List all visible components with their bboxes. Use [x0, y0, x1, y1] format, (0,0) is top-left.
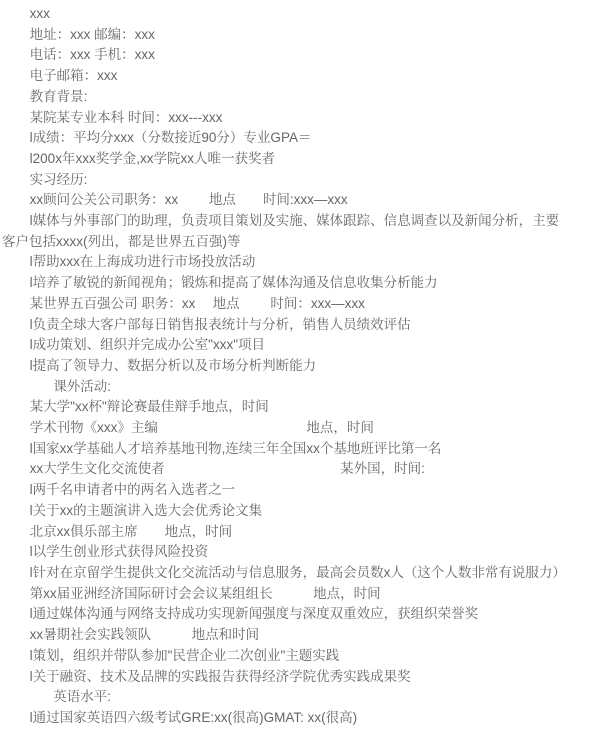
resume-document: xxx地址：xxx 邮编：xxx电话：xxx 手机：xxx电子邮箱：xxx教育背…: [0, 0, 609, 748]
text-line: 某大学"xx杯"辩论赛最佳辩手地点，时间: [2, 397, 569, 418]
text-line: l帮助xxx在上海成功进行市场投放活动: [2, 252, 569, 273]
text-line: l负责全球大客户部每日销售报表统计与分析，销售人员绩效评估: [2, 315, 569, 336]
text-line: 某世界五百强公司 职务：xx 地点 时间：xxx—xxx: [2, 294, 569, 315]
text-line: 地址：xxx 邮编：xxx: [2, 25, 569, 46]
text-line: l关于xx的主题演讲入选大会优秀论文集: [2, 501, 569, 522]
text-line: l培养了敏锐的新闻视角；锻炼和提高了媒体沟通及信息收集分析能力: [2, 273, 569, 294]
text-line: 教育背景:: [2, 87, 569, 108]
text-line: xx暑期社会实践领队 地点和时间: [2, 625, 569, 646]
text-line: 实习经历:: [2, 170, 569, 191]
text-line: xx顾问公关公司职务：xx 地点 时间:xxx—xxx: [2, 190, 569, 211]
text-line: xxx: [2, 4, 569, 25]
text-line: 第xx届亚洲经济国际研讨会会议某组组长 地点，时间: [2, 584, 569, 605]
text-line: l以学生创业形式获得风险投资: [2, 542, 569, 563]
text-line: 学术刊物《xxx》主编 地点，时间: [2, 418, 569, 439]
section-heading: 英语水平:: [2, 687, 569, 708]
text-line: l国家xx学基础人才培养基地刊物,连续三年全国xx个基地班评比第一名: [2, 439, 569, 460]
text-line: l通过媒体沟通与网络支持成功实现新闻强度与深度双重效应，获组织荣誉奖: [2, 604, 569, 625]
text-line: l针对在京留学生提供文化交流活动与信息服务，最高会员数x人（这个人数非常有说服力…: [2, 563, 569, 584]
text-line: 电话：xxx 手机：xxx: [2, 45, 569, 66]
section-heading: 课外活动:: [2, 377, 569, 398]
text-line: 电子邮箱：xxx: [2, 66, 569, 87]
text-line: l通过国家英语四六级考试GRE:xx(很高)GMAT: xx(很高): [2, 708, 569, 729]
text-line: l提高了领导力、数据分析以及市场分析判断能力: [2, 356, 569, 377]
text-line: 北京xx俱乐部主席 地点，时间: [2, 522, 569, 543]
text-line: 某院某专业本科 时间：xxx---xxx: [2, 108, 569, 129]
text-line: l200x年xxx奖学金,xx学院xx人唯一获奖者: [2, 149, 569, 170]
text-line: l成功策划、组织并完成办公室"xxx"项目: [2, 335, 569, 356]
text-line: xx大学生文化交流使者 某外国，时间:: [2, 459, 569, 480]
text-line: l策划，组织并带队参加"民营企业二次创业"主题实践: [2, 646, 569, 667]
text-line: l关于融资、技术及品牌的实践报告获得经济学院优秀实践成果奖: [2, 667, 569, 688]
text-line: l两千名申请者中的两名入选者之一: [2, 480, 569, 501]
text-line: l媒体与外事部门的助理，负责项目策划及实施、媒体跟踪、信息调查以及新闻分析，主要…: [2, 211, 569, 252]
text-line: l成绩：平均分xxx（分数接近90分）专业GPA＝: [2, 128, 569, 149]
